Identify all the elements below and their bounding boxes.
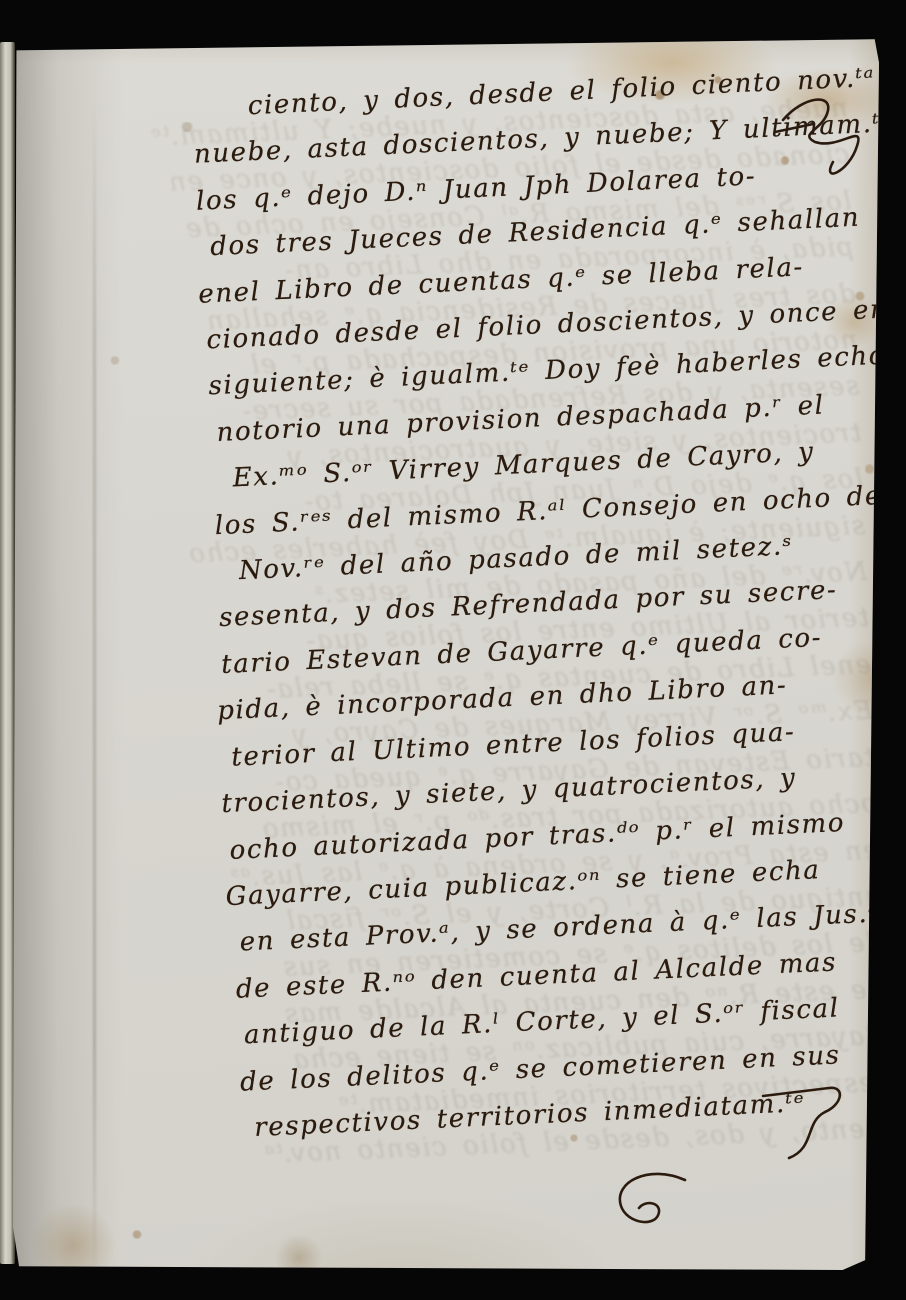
manuscript-page: nuebe, asta doscientos, y nuebe; Y ultim… <box>13 38 879 1270</box>
manuscript-photo: nuebe, asta doscientos, y nuebe; Y ultim… <box>0 0 906 1300</box>
underlying-page-edge <box>0 42 15 1264</box>
handwritten-text: ciento, y dos, desde el folio ciento nov… <box>99 55 906 1157</box>
closing-flourish-icon <box>601 1166 701 1246</box>
